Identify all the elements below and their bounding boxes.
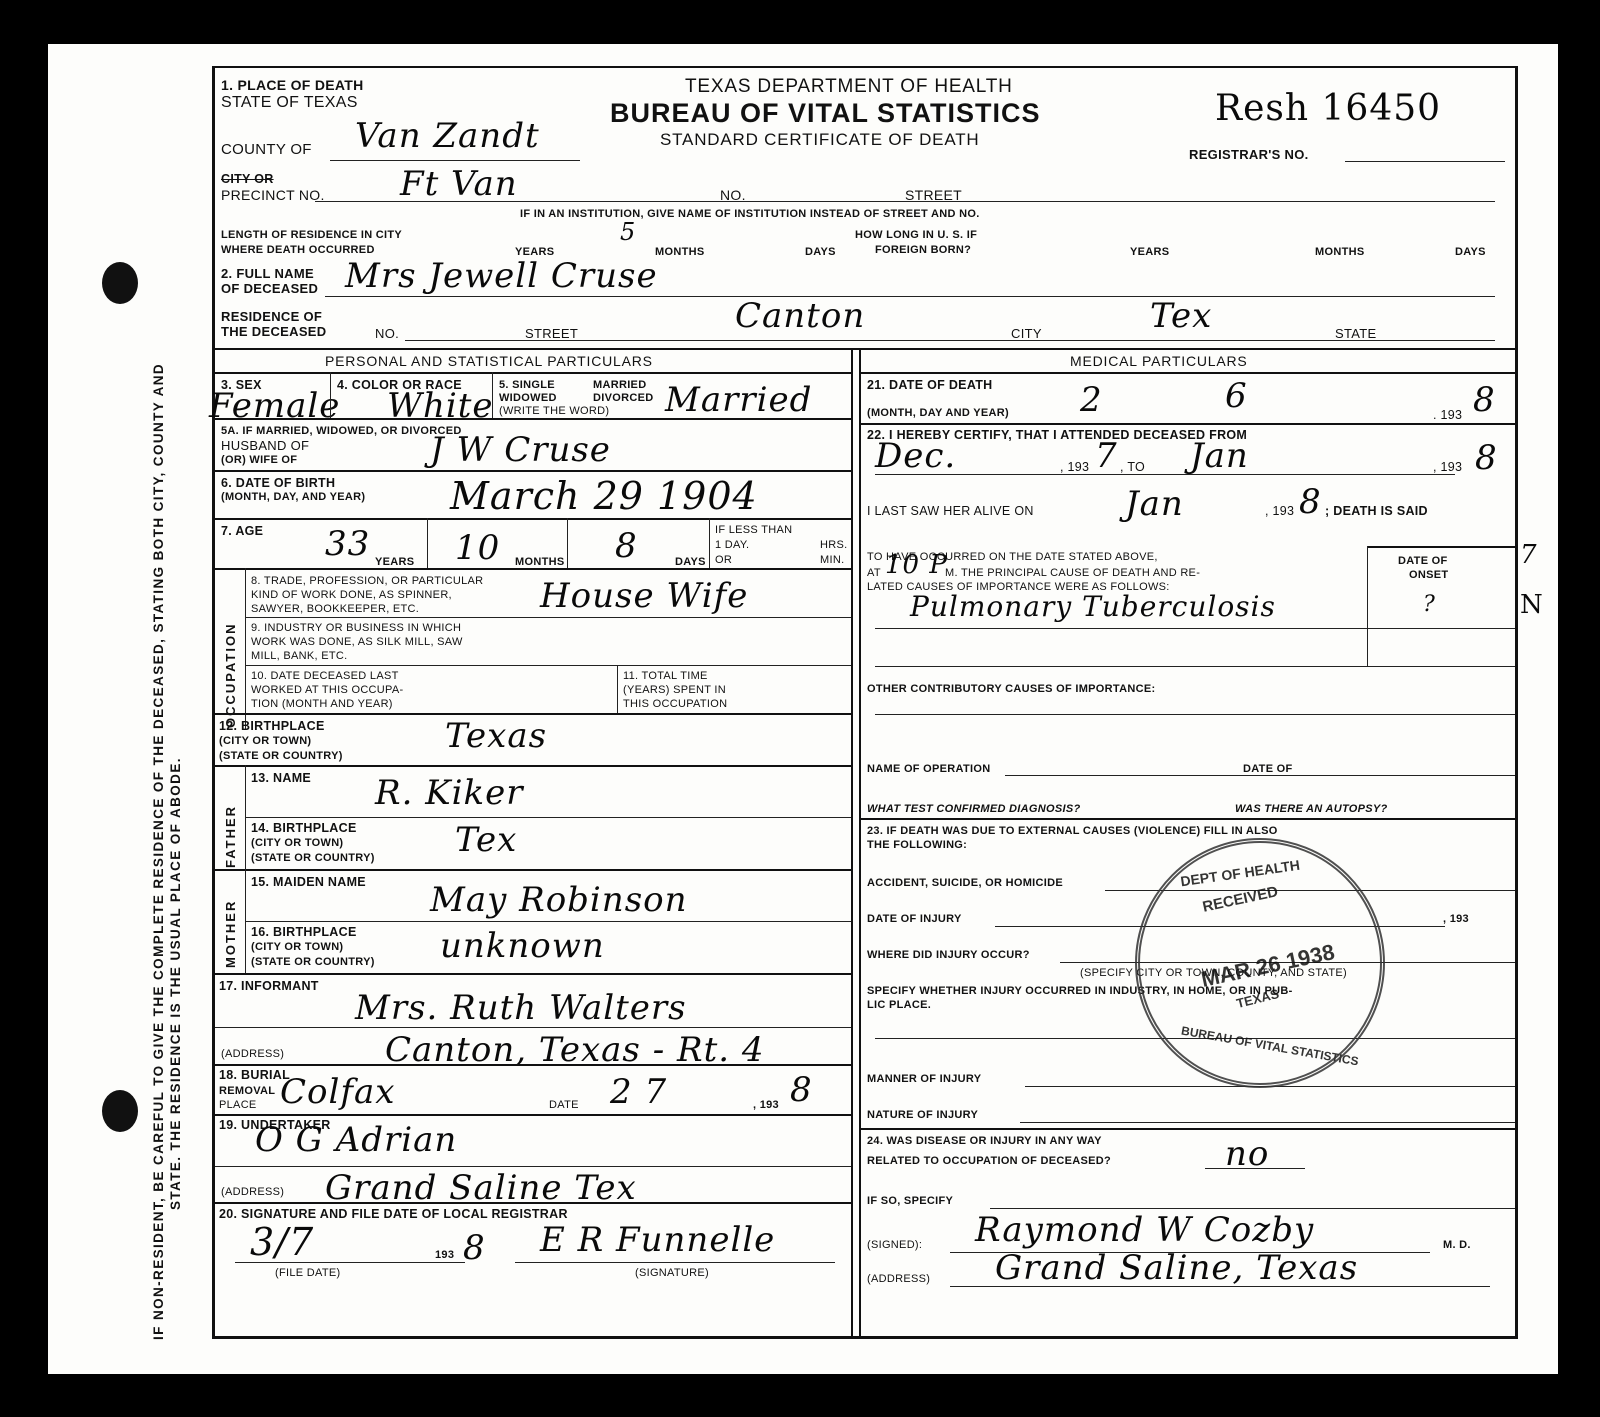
last-saw-year-value: 8	[1299, 482, 1322, 522]
injury-where-label: WHERE DID INJURY OCCUR?	[867, 948, 1030, 963]
spouse-label: 5A. IF MARRIED, WIDOWED, OR DIVORCED	[221, 424, 462, 439]
industry-label: 9. INDUSTRY OR BUSINESS IN WHICH	[251, 621, 461, 636]
total-time-label: 11. TOTAL TIME	[623, 669, 708, 684]
attended-from-value: Dec.	[875, 436, 956, 476]
registrar-number-value: Resh 16450	[1215, 88, 1441, 129]
stamp-top-text: DEPT OF HEALTH	[1179, 857, 1300, 890]
following-label: THE FOLLOWING:	[867, 838, 967, 853]
injury-year-prefix: , 193	[1443, 912, 1469, 927]
stamp-received-text: RECEIVED	[1201, 883, 1280, 916]
nature-of-injury-label: NATURE OF INJURY	[867, 1108, 978, 1123]
birthplace-city-label: (CITY OR TOWN)	[219, 734, 311, 749]
trade-value: House Wife	[540, 576, 748, 616]
onset-label: ONSET	[1409, 568, 1448, 583]
father-vertical-label: FATHER	[223, 805, 238, 868]
father-name-value: R. Kiker	[375, 773, 523, 813]
informant-label: 17. INFORMANT	[219, 979, 319, 994]
residence-street-label: STREET	[525, 326, 578, 341]
months-label: MONTHS	[655, 245, 704, 260]
trade-label: 8. TRADE, PROFESSION, OR PARTICULAR	[251, 574, 483, 589]
burial-year-prefix: , 193	[753, 1098, 779, 1113]
death-month-value: 2	[1080, 380, 1103, 420]
informant-address-label: (ADDRESS)	[221, 1047, 284, 1062]
occupation-related-label-2: RELATED TO OCCUPATION OF DECEASED?	[867, 1154, 1111, 1169]
dob-format-label: (MONTH, DAY, AND YEAR)	[221, 490, 365, 505]
principal-cause-value: Pulmonary Tuberculosis	[910, 590, 1276, 623]
full-name-label: 2. FULL NAME	[221, 266, 314, 281]
sex-value: Female	[209, 386, 340, 426]
residence-length-label: LENGTH OF RESIDENCE IN CITY	[221, 228, 402, 243]
public-place-label: LIC PLACE.	[867, 998, 931, 1013]
birthplace-value: Texas	[445, 716, 547, 756]
attended-to-year-prefix: , 193	[1433, 460, 1462, 475]
father-birthplace-city-label: (CITY OR TOWN)	[251, 836, 343, 851]
received-stamp: DEPT OF HEALTH RECEIVED MAR 26 1938 TEXA…	[1135, 838, 1385, 1088]
external-causes-label: 23. IF DEATH WAS DUE TO EXTERNAL CAUSES …	[867, 824, 1278, 839]
full-name-label-2: OF DECEASED	[221, 281, 318, 296]
autopsy-label: WAS THERE AN AUTOPSY?	[1235, 802, 1388, 817]
county-label: COUNTY OF	[221, 142, 312, 157]
precinct-label: PRECINCT NO.	[221, 188, 325, 203]
foreign-born-label: FOREIGN BORN?	[875, 243, 971, 258]
last-worked-label: 10. DATE DECEASED LAST	[251, 669, 399, 684]
race-value: White	[387, 386, 494, 426]
mother-birthplace-label: 16. BIRTHPLACE	[251, 925, 357, 940]
birthplace-label: 12. BIRTHPLACE	[219, 719, 325, 734]
death-year-prefix: . 193	[1433, 408, 1462, 423]
md-label: M. D.	[1443, 1238, 1471, 1253]
residence-label-2: THE DECEASED	[221, 324, 326, 339]
state-label: STATE OF TEXAS	[221, 95, 358, 110]
marital-status-value: Married	[665, 380, 812, 420]
trade-label-3: SAWYER, BOOKKEEPER, ETC.	[251, 602, 419, 617]
residence-label: RESIDENCE OF	[221, 309, 322, 324]
death-year-value: 8	[1473, 380, 1496, 420]
husband-of-label: HUSBAND OF	[221, 438, 309, 453]
last-saw-alive-label: I LAST SAW HER ALIVE ON	[867, 504, 1034, 519]
if-so-specify-label: IF SO, SPECIFY	[867, 1194, 953, 1209]
trade-label-2: KIND OF WORK DONE, AS SPINNER,	[251, 588, 452, 603]
physician-signature-value: Raymond W Cozby	[975, 1210, 1314, 1250]
onset-value: ?	[1423, 592, 1436, 617]
file-date-value: 3/7	[250, 1220, 314, 1264]
us-length-label: HOW LONG IN U. S. IF	[855, 228, 977, 243]
form-title: STANDARD CERTIFICATE OF DEATH	[660, 130, 979, 150]
stamp-state: TEXAS	[1235, 986, 1281, 1011]
less-than-day-label: IF LESS THAN	[715, 523, 792, 538]
mother-birthplace-state-label: (STATE OR COUNTRY)	[251, 955, 375, 970]
signed-label: (SIGNED):	[867, 1238, 922, 1253]
registrar-number-label: REGISTRAR'S NO.	[1189, 147, 1309, 162]
dob-value: March 29 1904	[450, 474, 758, 518]
margin-note-1: 7	[1520, 540, 1538, 570]
last-saw-alive-value: Jan	[1125, 484, 1184, 524]
institution-note: IF IN AN INSTITUTION, GIVE NAME OF INSTI…	[520, 207, 980, 222]
attended-to-year-value: 8	[1475, 438, 1498, 478]
attended-to-label: , TO	[1120, 460, 1145, 475]
father-birthplace-state-label: (STATE OR COUNTRY)	[251, 851, 375, 866]
at-label: AT	[867, 566, 881, 581]
us-years-label: YEARS	[1130, 245, 1169, 260]
physician-address-value: Grand Saline, Texas	[995, 1248, 1358, 1288]
burial-place-value: Colfax	[280, 1072, 395, 1112]
mother-vertical-label: MOTHER	[223, 900, 238, 968]
mother-birthplace-value: unknown	[440, 926, 605, 966]
residence-city-value: Canton	[735, 296, 865, 336]
age-days-value: 8	[615, 526, 638, 566]
bureau-title: BUREAU OF VITAL STATISTICS	[610, 98, 1041, 129]
removal-label: REMOVAL	[219, 1084, 275, 1099]
other-causes-label: OTHER CONTRIBUTORY CAUSES OF IMPORTANCE:	[867, 682, 1155, 697]
date-of-death-label: 21. DATE OF DEATH	[867, 378, 992, 393]
or-label: OR	[715, 553, 732, 568]
industry-label-3: MILL, BANK, ETC.	[251, 649, 348, 664]
injury-date-label: DATE OF INJURY	[867, 912, 962, 927]
spouse-value: J W Cruse	[430, 430, 611, 470]
margin-note-2: N	[1520, 590, 1544, 620]
death-is-said-label: ; DEATH IS SAID	[1325, 504, 1428, 519]
undertaker-address-label: (ADDRESS)	[221, 1185, 284, 1200]
residence-no-label: NO.	[375, 326, 399, 341]
occupation-related-label: 24. WAS DISEASE OR INJURY IN ANY WAY	[867, 1134, 1102, 1149]
punch-hole	[102, 1090, 138, 1132]
date-of-death-format-label: (MONTH, DAY AND YEAR)	[867, 406, 1009, 421]
personal-section-header: PERSONAL AND STATISTICAL PARTICULARS	[325, 354, 653, 369]
undertaker-value: O G Adrian	[255, 1120, 457, 1160]
date-of-onset-label: DATE OF	[1398, 554, 1448, 569]
days-label: DAYS	[805, 245, 836, 260]
stamp-bottom-text: BUREAU OF VITAL STATISTICS	[1180, 1023, 1359, 1068]
mother-maiden-name-value: May Robinson	[430, 880, 688, 920]
side-note-line-2: STATE. THE RESIDENCE IS THE USUAL PLACE …	[167, 363, 184, 1340]
residence-months-value: 5	[620, 218, 636, 246]
burial-date-value: 2 7	[610, 1072, 667, 1112]
test-confirmed-label: WHAT TEST CONFIRMED DIAGNOSIS?	[867, 802, 1081, 817]
hours-label: HRS.	[820, 538, 847, 553]
last-worked-label-3: TION (MONTH AND YEAR)	[251, 697, 393, 712]
registrar-signature-value: E R Funnelle	[540, 1220, 775, 1260]
residence-state-value: Tex	[1150, 296, 1212, 336]
minutes-label: MIN.	[820, 553, 844, 568]
punch-hole	[102, 262, 138, 304]
birthplace-state-label: (STATE OR COUNTRY)	[219, 749, 343, 764]
wife-of-label: (OR) WIFE OF	[221, 453, 297, 468]
last-saw-year-prefix: , 193	[1265, 504, 1294, 519]
informant-value: Mrs. Ruth Walters	[355, 988, 687, 1028]
deceased-name-value: Mrs Jewell Cruse	[345, 256, 658, 296]
accident-label: ACCIDENT, SUICIDE, OR HOMICIDE	[867, 876, 1063, 891]
agency-title: TEXAS DEPARTMENT OF HEALTH	[685, 76, 1013, 98]
age-months-value: 10	[455, 528, 500, 568]
father-name-label: 13. NAME	[251, 771, 311, 786]
industry-label-2: WORK WAS DONE, AS SILK MILL, SAW	[251, 635, 463, 650]
death-certificate-form: 1. PLACE OF DEATH STATE OF TEXAS TEXAS D…	[212, 66, 1518, 1339]
precinct-value: Ft Van	[400, 164, 518, 204]
city-or-struck-label: CITY OR	[221, 172, 274, 187]
file-date-year-prefix: 193	[435, 1248, 454, 1263]
father-birthplace-value: Tex	[455, 820, 517, 860]
medical-section-header: MEDICAL PARTICULARS	[1070, 354, 1248, 369]
age-label: 7. AGE	[221, 524, 263, 539]
file-date-label: (FILE DATE)	[275, 1266, 340, 1281]
total-time-label-2: (YEARS) SPENT IN	[623, 683, 726, 698]
burial-year-value: 8	[790, 1070, 813, 1110]
principal-cause-label: M. THE PRINCIPAL CAUSE OF DEATH AND RE-	[945, 566, 1200, 581]
father-birthplace-label: 14. BIRTHPLACE	[251, 821, 357, 836]
residence-side-note: IF NON-RESIDENT, BE CAREFUL TO GIVE THE …	[150, 363, 184, 1340]
manner-of-injury-label: MANNER OF INJURY	[867, 1072, 981, 1087]
mother-maiden-name-label: 15. MAIDEN NAME	[251, 875, 366, 890]
burial-place-label: PLACE	[219, 1098, 257, 1113]
dob-label: 6. DATE OF BIRTH	[221, 476, 335, 491]
time-of-death-value: 10 P	[885, 550, 948, 580]
age-years-value: 33	[325, 524, 370, 564]
registrar-signature-label: (SIGNATURE)	[635, 1266, 709, 1281]
physician-address-label: (ADDRESS)	[867, 1272, 930, 1287]
stamp-date: MAR 26 1938	[1199, 939, 1337, 993]
attended-from-year-value: 7	[1095, 436, 1118, 476]
attended-to-value: Jan	[1190, 436, 1249, 476]
place-of-death-label: 1. PLACE OF DEATH	[221, 78, 364, 93]
last-worked-label-2: WORKED AT THIS OCCUPA-	[251, 683, 403, 698]
total-time-label-3: THIS OCCUPATION	[623, 697, 727, 712]
county-value: Van Zandt	[355, 116, 540, 156]
burial-date-label: DATE	[549, 1098, 579, 1113]
residence-state-label: STATE	[1335, 326, 1376, 341]
file-date-year-value: 8	[463, 1228, 486, 1268]
one-day-label: 1 DAY.	[715, 538, 749, 553]
us-months-label: MONTHS	[1315, 245, 1364, 260]
death-day-value: 6	[1225, 376, 1248, 416]
us-days-label: DAYS	[1455, 245, 1486, 260]
mother-birthplace-city-label: (CITY OR TOWN)	[251, 940, 343, 955]
attended-from-year-prefix: , 193	[1060, 460, 1089, 475]
operation-label: NAME OF OPERATION	[867, 762, 990, 777]
side-note-line-1: IF NON-RESIDENT, BE CAREFUL TO GIVE THE …	[150, 363, 167, 1340]
residence-city-label: CITY	[1011, 326, 1042, 341]
marital-instruction: (WRITE THE WORD)	[499, 404, 609, 419]
